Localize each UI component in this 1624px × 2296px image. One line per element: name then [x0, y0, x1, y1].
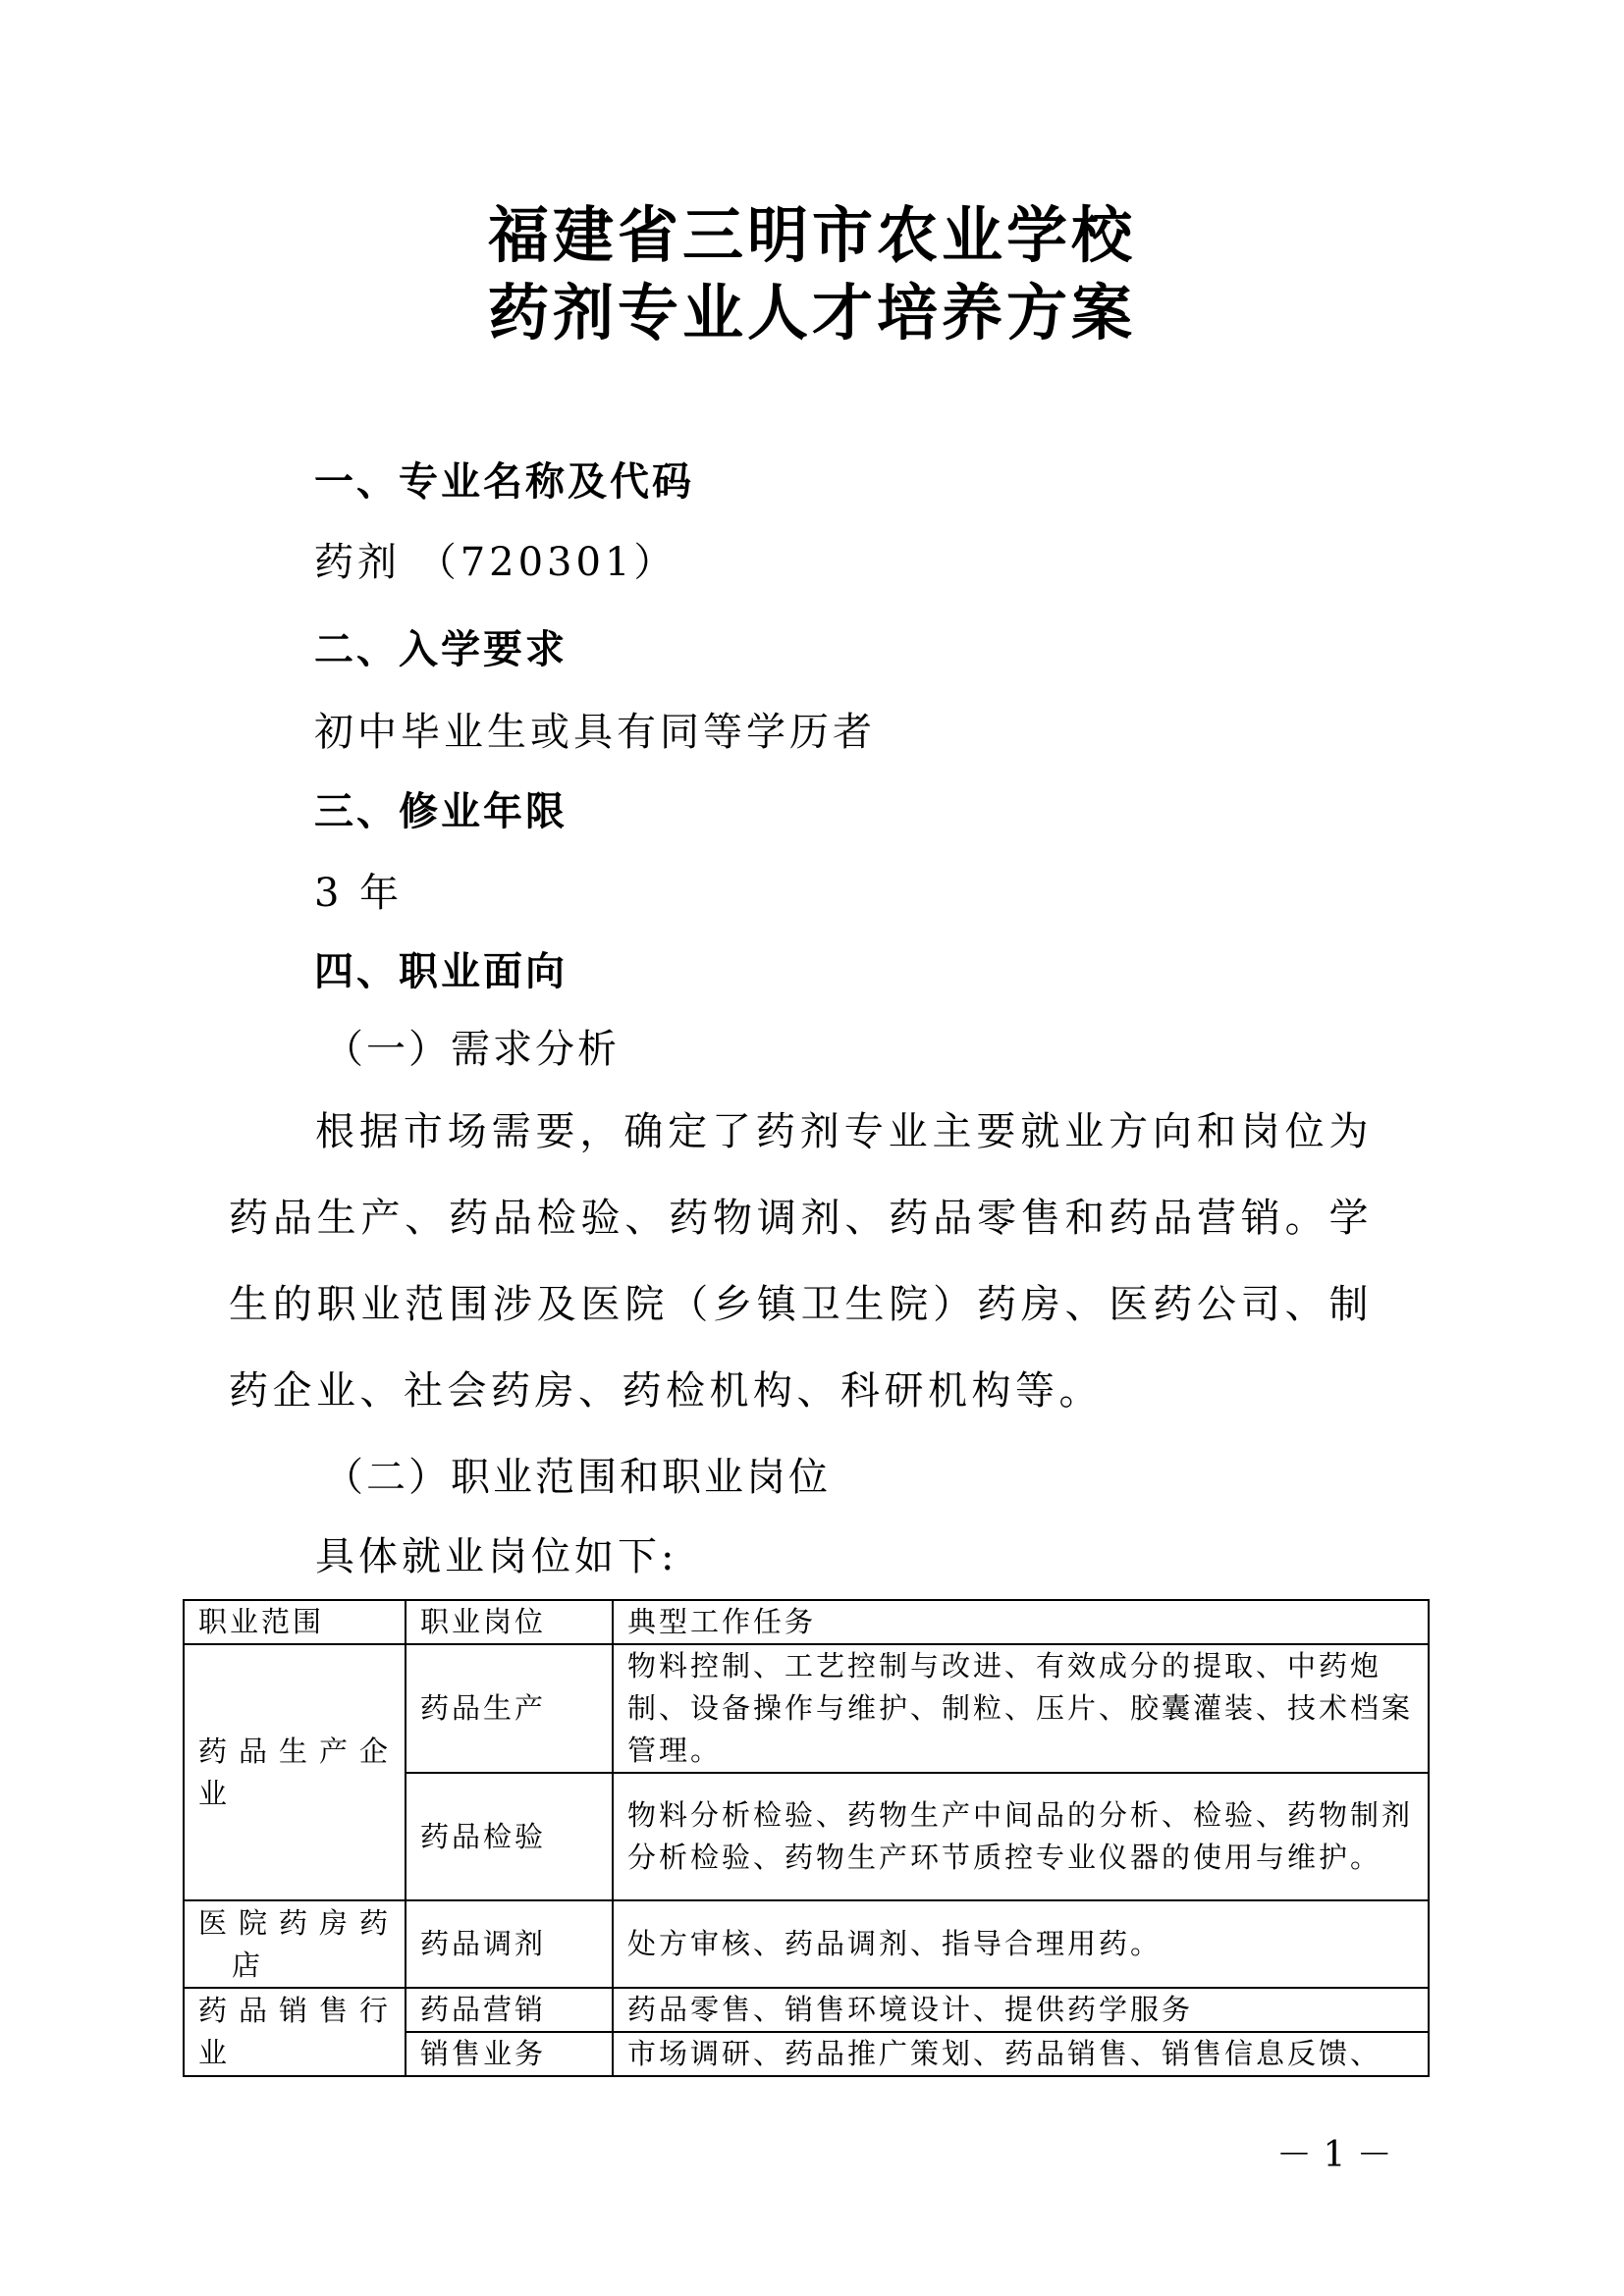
- table-row: 药 品 销 售 行 业 药品营销 药品零售、销售环境设计、提供药学服务: [184, 1988, 1429, 2032]
- scope-text-line-1: 医 院 药 房 药: [198, 1902, 391, 1945]
- table-cell-scope: 药 品 生 产 企 业: [184, 1644, 406, 1900]
- table-cell-position: 药品调剂: [406, 1900, 613, 1988]
- table-cell-scope: 医 院 药 房 药 店: [184, 1900, 406, 1988]
- subsection-heading-demand-analysis: （一）需求分析: [324, 1028, 620, 1071]
- document-page: 福建省三明市农业学校 药剂专业人才培养方案 一、专业名称及代码 药剂 （7203…: [0, 0, 1624, 2296]
- demand-analysis-paragraph: 根据市场需要，确定了药剂专业主要就业方向和岗位为药品生产、药品检验、药物调剂、药…: [229, 1089, 1373, 1434]
- section-heading-4: 四、职业面向: [314, 950, 568, 993]
- table-cell-scope: 药 品 销 售 行 业: [184, 1988, 406, 2076]
- document-title-line-2: 药剂专业人才培养方案: [0, 279, 1624, 347]
- section-heading-1: 一、专业名称及代码: [314, 460, 694, 504]
- scope-text-line-1: 药 品 生 产 企: [198, 1731, 391, 1773]
- table-cell-position: 药品检验: [406, 1773, 613, 1900]
- table-header-row: 职业范围 职业岗位 典型工作任务: [184, 1600, 1429, 1644]
- section-content-2: 初中毕业生或具有同等学历者: [314, 711, 876, 754]
- table-cell-tasks: 处方审核、药品调剂、指导合理用药。: [613, 1900, 1429, 1988]
- table-header-tasks: 典型工作任务: [613, 1600, 1429, 1644]
- section-content-3: 3 年: [314, 872, 403, 915]
- table-cell-tasks: 市场调研、药品推广策划、药品销售、销售信息反馈、: [613, 2032, 1429, 2076]
- document-title-line-1: 福建省三明市农业学校: [0, 201, 1624, 270]
- section-content-1: 药剂 （720301）: [314, 541, 677, 584]
- scope-text-line-2: 业: [198, 2032, 391, 2074]
- section-heading-3: 三、修业年限: [314, 790, 568, 833]
- scope-text-line-1: 药 品 销 售 行: [198, 1990, 391, 2032]
- table-header-position: 职业岗位: [406, 1600, 613, 1644]
- table-cell-position: 药品营销: [406, 1988, 613, 2032]
- table-row: 医 院 药 房 药 店 药品调剂 处方审核、药品调剂、指导合理用药。: [184, 1900, 1429, 1988]
- table-cell-position: 药品生产: [406, 1644, 613, 1773]
- page-number: － 1 －: [1276, 2136, 1384, 2175]
- table-cell-tasks: 物料控制、工艺控制与改进、有效成分的提取、中药炮制、设备操作与维护、制粒、压片、…: [613, 1644, 1429, 1773]
- section-heading-2: 二、入学要求: [314, 628, 568, 671]
- table-cell-tasks: 药品零售、销售环境设计、提供药学服务: [613, 1988, 1429, 2032]
- scope-text-line-2: 业: [198, 1773, 391, 1815]
- subsection-heading-career-scope: （二）职业范围和职业岗位: [324, 1456, 831, 1499]
- table-row: 药 品 生 产 企 业 药品生产 物料控制、工艺控制与改进、有效成分的提取、中药…: [184, 1644, 1429, 1773]
- career-scope-intro: 具体就业岗位如下:: [315, 1535, 677, 1578]
- scope-text-line-2: 店: [198, 1945, 391, 1987]
- career-positions-table: 职业范围 职业岗位 典型工作任务 药 品 生 产 企 业 药品生产 物料控制、工…: [183, 1599, 1430, 2077]
- table-cell-position: 销售业务: [406, 2032, 613, 2076]
- table-header-scope: 职业范围: [184, 1600, 406, 1644]
- table-cell-tasks: 物料分析检验、药物生产中间品的分析、检验、药物制剂分析检验、药物生产环节质控专业…: [613, 1773, 1429, 1900]
